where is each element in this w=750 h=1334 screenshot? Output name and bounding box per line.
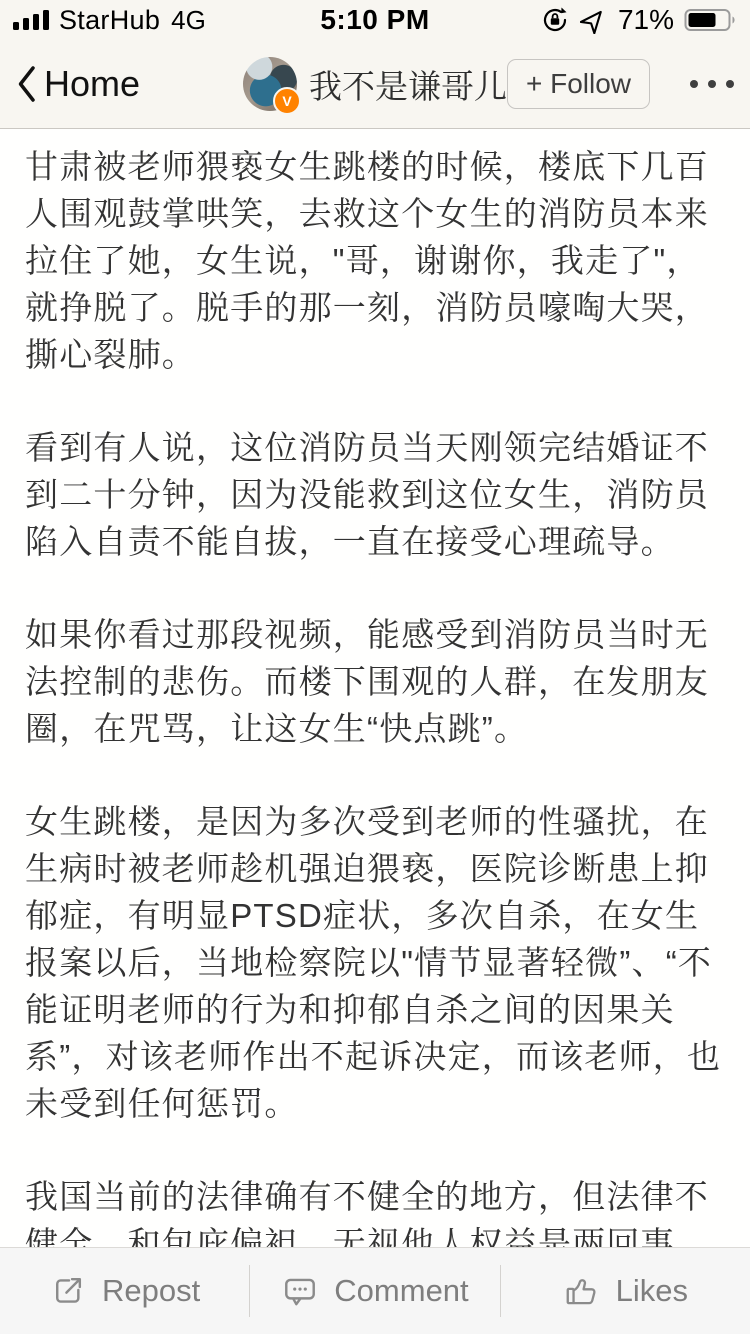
post-body: 甘肃被老师猥亵女生跳楼的时候，楼底下几百 人围观鼓掌哄笑，去救这个女生的消防员本… [0, 129, 750, 1267]
verified-badge: V [273, 87, 301, 115]
likes-button-label: Likes [616, 1273, 688, 1309]
battery-percent-label: 71% [618, 4, 674, 36]
status-right-cluster: 71% [540, 4, 738, 36]
top-chrome: StarHub 4G 5:10 PM 71% [0, 0, 750, 129]
network-type-label: 4G [171, 5, 206, 36]
signal-bars-icon [12, 8, 52, 32]
repost-icon [49, 1272, 87, 1310]
more-options-button[interactable] [688, 70, 736, 98]
post-paragraph: 甘肃被老师猥亵女生跳楼的时候，楼底下几百 人围观鼓掌哄笑，去救这个女生的消防员本… [25, 143, 725, 378]
rotation-lock-icon [540, 5, 570, 35]
back-chevron-icon [16, 64, 38, 104]
ellipsis-icon [690, 80, 698, 88]
post-paragraph: 看到有人说，这位消防员当天刚领完结婚证不 到二十分钟，因为没能救到这位女生，消防… [25, 424, 725, 565]
thumbs-up-icon [563, 1272, 601, 1310]
username-label[interactable]: 我不是谦哥儿 [309, 61, 507, 108]
weibo-post-screen: StarHub 4G 5:10 PM 71% [0, 0, 750, 1334]
battery-icon [684, 7, 738, 33]
clock: 5:10 PM [320, 4, 429, 36]
repost-button[interactable]: Repost [0, 1248, 249, 1334]
likes-button[interactable]: Likes [501, 1248, 750, 1334]
follow-button[interactable]: + Follow [507, 59, 650, 109]
avatar-wrapper: V [243, 57, 297, 111]
repost-button-label: Repost [102, 1273, 200, 1309]
comment-button-label: Comment [334, 1273, 468, 1309]
carrier-label: StarHub [59, 5, 160, 36]
back-button-label: Home [44, 63, 140, 105]
nav-bar: Home V 我不是谦哥儿 + Follow [0, 40, 750, 129]
location-arrow-icon [580, 6, 608, 34]
post-paragraph: 如果你看过那段视频，能感受到消防员当时无 法控制的悲伤。而楼下围观的人群，在发朋… [25, 611, 725, 752]
status-bar: StarHub 4G 5:10 PM 71% [0, 0, 750, 40]
action-toolbar: Repost Comment Likes [0, 1247, 750, 1334]
comment-icon [281, 1272, 319, 1310]
status-left-cluster: StarHub 4G [12, 5, 206, 36]
profile-header[interactable]: V 我不是谦哥儿 [243, 57, 507, 111]
post-paragraph: 女生跳楼，是因为多次受到老师的性骚扰，在 生病时被老师趁机强迫猥亵，医院诊断患上… [25, 798, 725, 1127]
back-button[interactable]: Home [16, 63, 140, 105]
comment-button[interactable]: Comment [250, 1248, 499, 1334]
